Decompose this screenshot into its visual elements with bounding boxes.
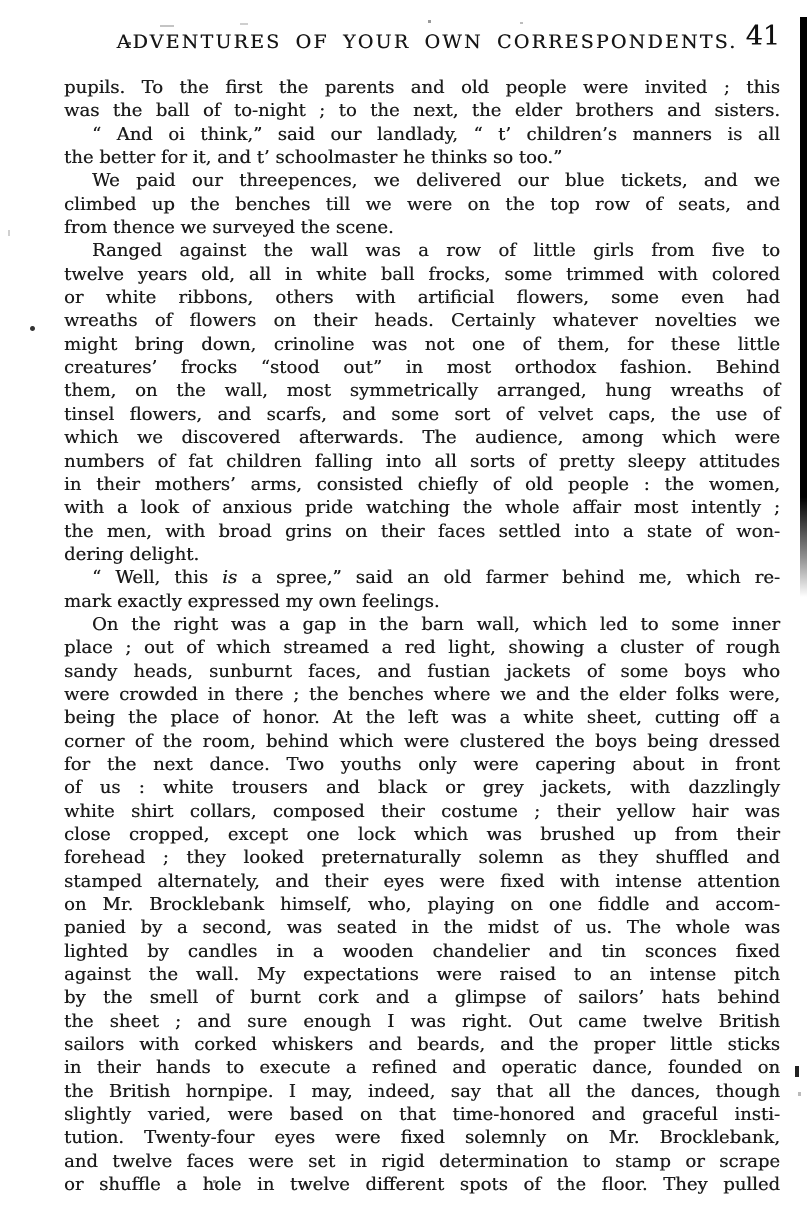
text-line: or white ribbons, others with artificial… xyxy=(64,286,780,309)
scan-speck xyxy=(160,25,174,27)
page-edge-shadow xyxy=(800,17,807,597)
scan-speck xyxy=(30,326,35,331)
text-line: or shuffle a hole in twelve different sp… xyxy=(64,1173,780,1196)
text-line: in their hands to execute a refined and … xyxy=(64,1056,780,1079)
text-line: pupils. To the first the parents and old… xyxy=(64,76,780,99)
text-line: from thence we surveyed the scene. xyxy=(64,216,780,239)
text-line: on Mr. Brocklebank himself, who, playing… xyxy=(64,893,780,916)
text-line: creatures’ frocks “stood out” in most or… xyxy=(64,356,780,379)
scan-speck xyxy=(520,22,523,24)
text-line: the men, with broad grins on their faces… xyxy=(64,520,780,543)
scan-speck xyxy=(240,23,248,25)
text-line: forehead ; they looked preternaturally s… xyxy=(64,846,780,869)
text-line: sandy heads, sunburnt faces, and fustian… xyxy=(64,660,780,683)
text-line: panied by a second, was seated in the mi… xyxy=(64,916,780,939)
body-text: pupils. To the first the parents and old… xyxy=(64,76,780,1197)
scan-speck xyxy=(128,42,131,45)
text-line: lighted by candles in a wooden chandelie… xyxy=(64,940,780,963)
text-line: in their mothers’ arms, consisted chiefl… xyxy=(64,473,780,496)
text-line: against the wall. My expectations were r… xyxy=(64,963,780,986)
scan-speck xyxy=(795,1066,799,1077)
text-line: wreaths of flowers on their heads. Certa… xyxy=(64,309,780,332)
text-line: On the right was a gap in the barn wall,… xyxy=(64,613,780,636)
text-line: twelve years old, all in white ball froc… xyxy=(64,263,780,286)
text-line: were crowded in there ; the benches wher… xyxy=(64,683,780,706)
text-line: them, on the wall, most symmetrically ar… xyxy=(64,379,780,402)
text-line: being the place of honor. At the left wa… xyxy=(64,706,780,729)
text-line: with a look of anxious pride watching th… xyxy=(64,496,780,519)
text-line: by the smell of burnt cork and a glimpse… xyxy=(64,986,780,1009)
text-line: and twelve faces were set in rigid deter… xyxy=(64,1150,780,1173)
text-line: might bring down, crinoline was not one … xyxy=(64,333,780,356)
scanned-book-page: ADVENTURES OF YOUR OWN CORRESPONDENTS. 4… xyxy=(0,0,809,1226)
text-line: tution. Twenty-four eyes were fixed sole… xyxy=(64,1126,780,1149)
text-line: the better for it, and t’ schoolmaster h… xyxy=(64,146,780,169)
text-line: of us : white trousers and black or grey… xyxy=(64,776,780,799)
text-line: which we discovered afterwards. The audi… xyxy=(64,426,780,449)
text-line: close cropped, except one lock which was… xyxy=(64,823,780,846)
scan-speck xyxy=(8,230,10,236)
text-line: slightly varied, were based on that time… xyxy=(64,1103,780,1126)
scan-speck xyxy=(428,20,431,23)
text-line: dering delight. xyxy=(64,543,780,566)
scan-speck xyxy=(213,1180,216,1183)
text-line: white shirt collars, composed their cost… xyxy=(64,800,780,823)
running-header-title: ADVENTURES OF YOUR OWN CORRESPONDENTS. xyxy=(117,31,738,53)
text-line: climbed up the benches till we were on t… xyxy=(64,193,780,216)
text-line: place ; out of which streamed a red ligh… xyxy=(64,636,780,659)
text-line: was the ball of to-night ; to the next, … xyxy=(64,99,780,122)
text-line: numbers of fat children falling into all… xyxy=(64,450,780,473)
text-line: mark exactly expressed my own feelings. xyxy=(64,590,780,613)
text-line: Ranged against the wall was a row of lit… xyxy=(64,239,780,262)
text-line: tinsel flowers, and scarfs, and some sor… xyxy=(64,403,780,426)
text-line: sailors with corked whiskers and beards,… xyxy=(64,1033,780,1056)
text-line: “ Well, this is a spree,” said an old fa… xyxy=(64,566,780,589)
text-line: corner of the room, behind which were cl… xyxy=(64,730,780,753)
text-line: “ And oi think,” said our landlady, “ t’… xyxy=(64,123,780,146)
scan-speck xyxy=(798,1092,801,1096)
text-line: We paid our threepences, we delivered ou… xyxy=(64,169,780,192)
text-line: stamped alternately, and their eyes were… xyxy=(64,870,780,893)
text-line: the sheet ; and sure enough I was right.… xyxy=(64,1010,780,1033)
text-line: the British hornpipe. I may, indeed, say… xyxy=(64,1080,780,1103)
page-number: 41 xyxy=(746,21,780,52)
text-line: for the next dance. Two youths only were… xyxy=(64,753,780,776)
